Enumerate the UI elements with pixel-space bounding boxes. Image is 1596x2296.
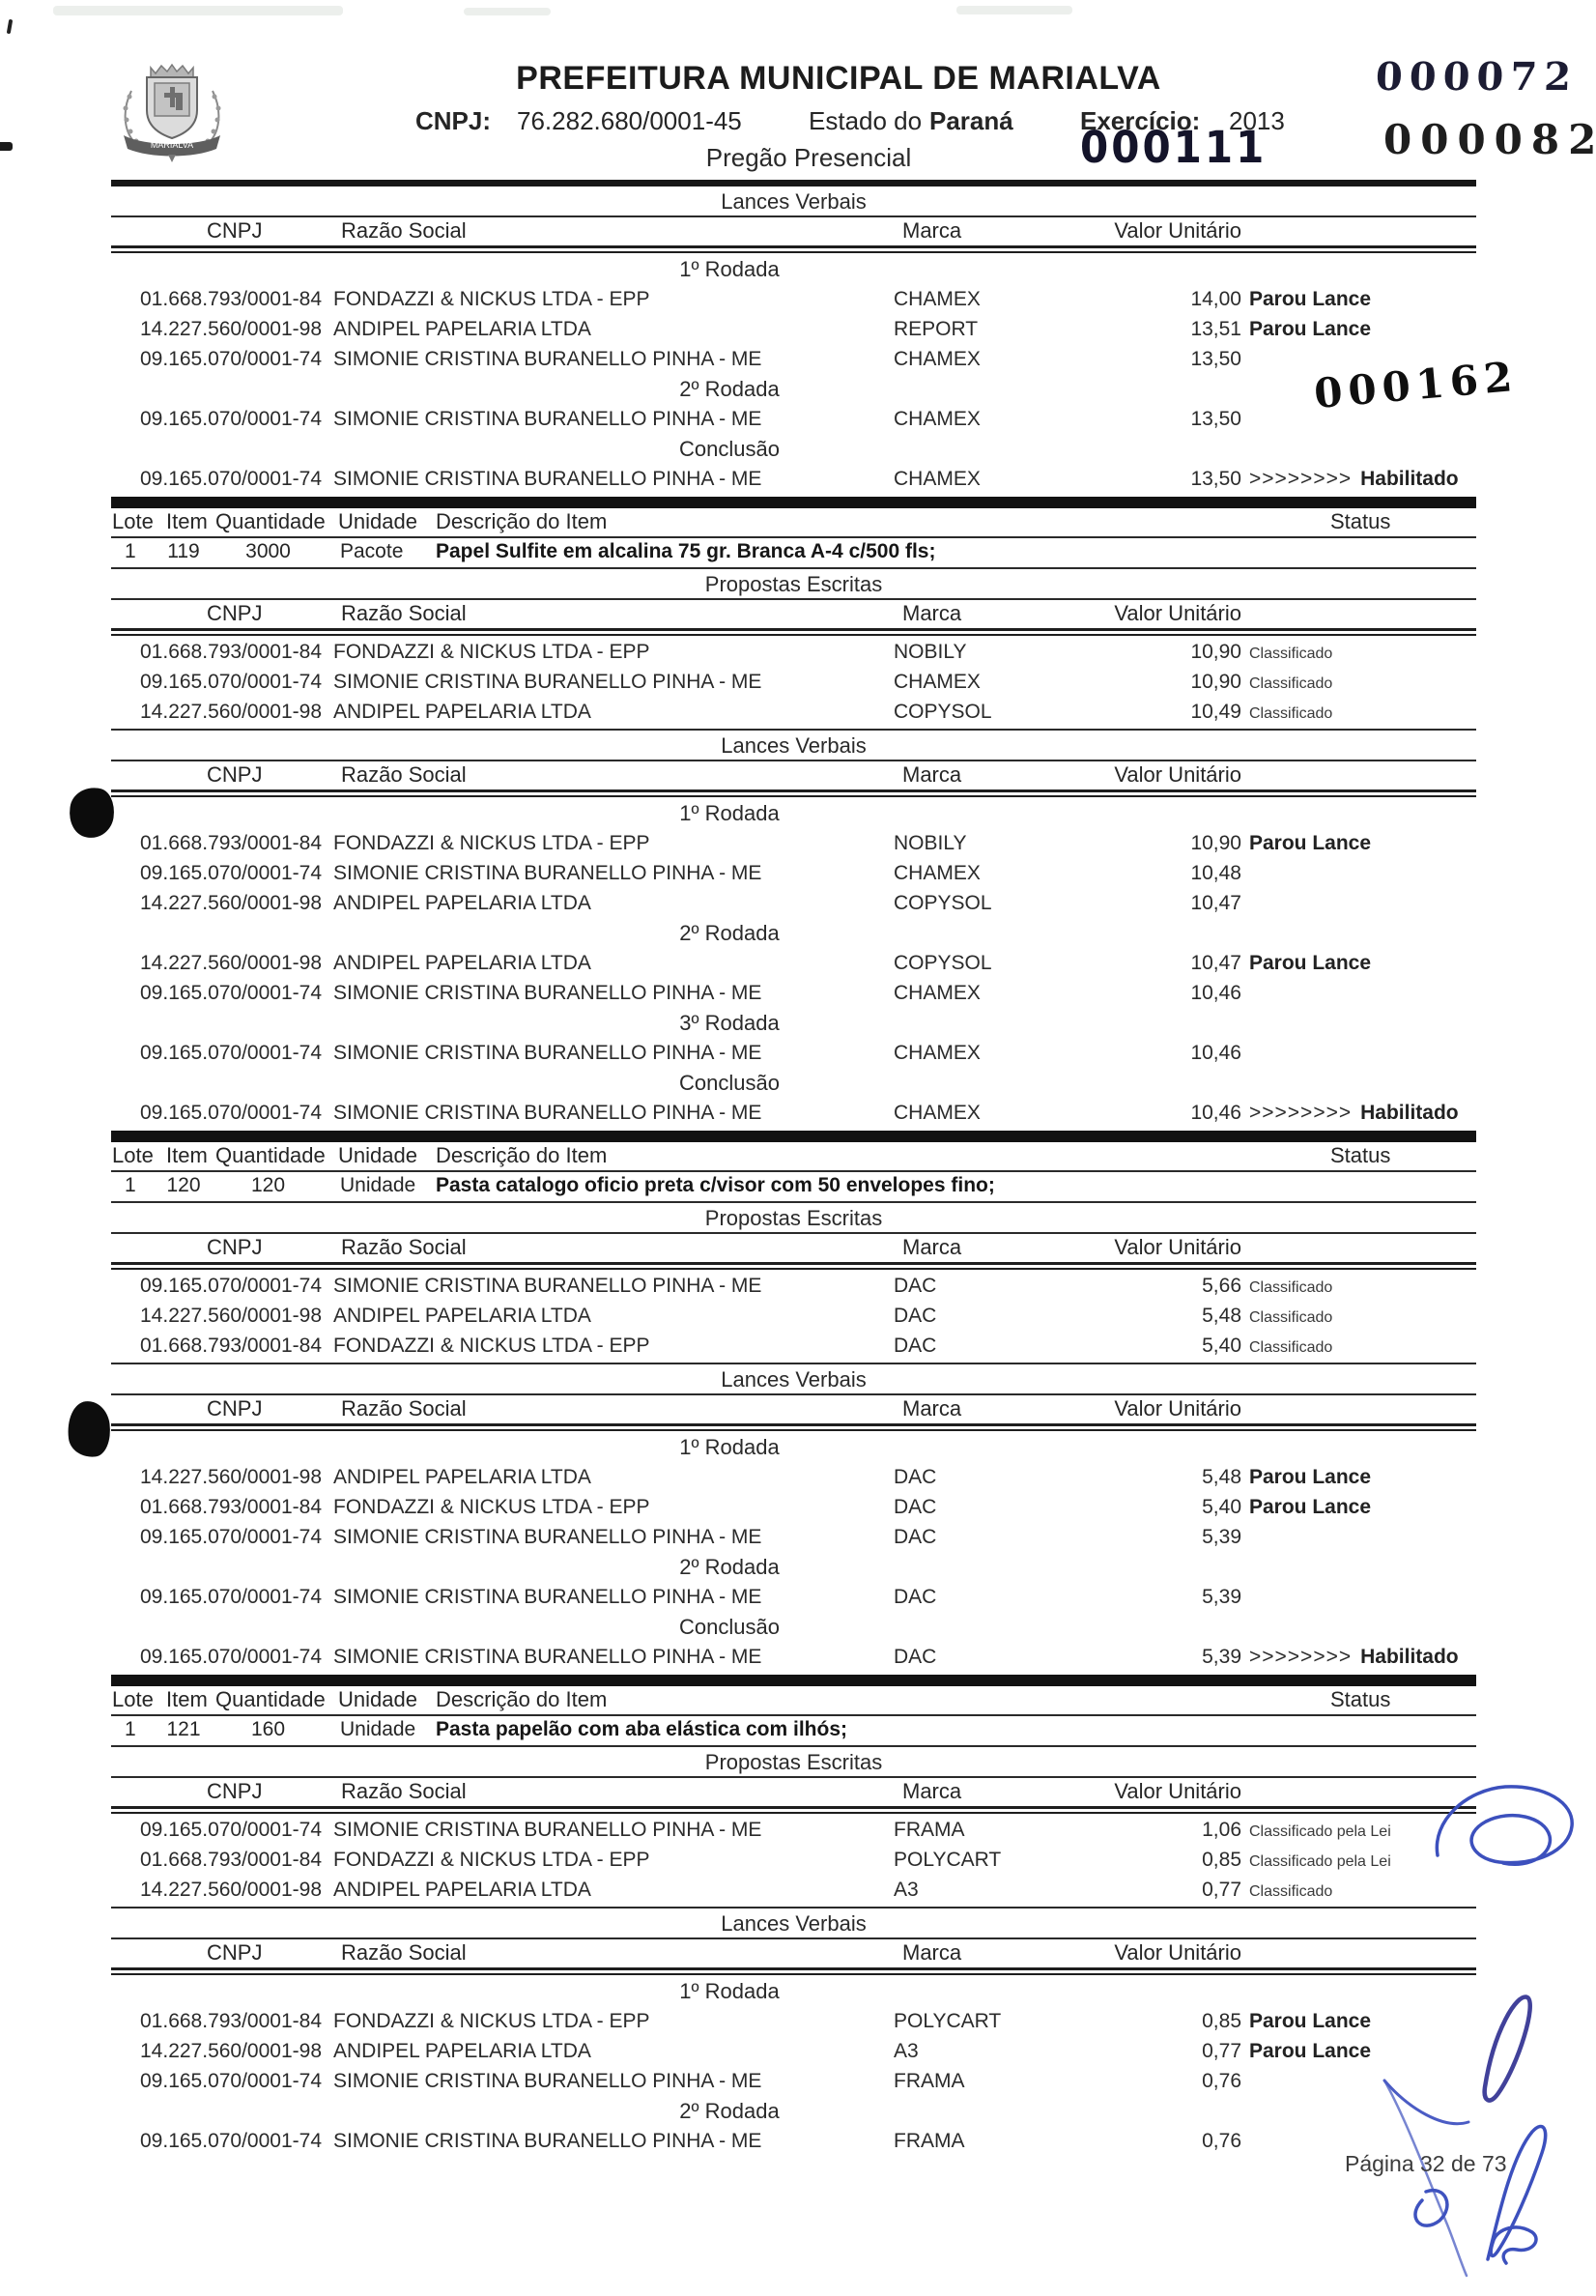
bid-row: 09.165.070/0001-74 SIMONIE CRISTINA BURA… — [111, 1038, 1476, 1068]
item-unit: Unidade — [340, 1174, 415, 1197]
ink-blob — [65, 1399, 114, 1460]
page-subtitle: Pregão Presencial — [706, 143, 911, 173]
bid-cnpj: 09.165.070/0001-74 — [140, 344, 322, 374]
item-quantity: 160 — [208, 1718, 328, 1741]
habilitado-arrows: >>>>>>>> — [1249, 1102, 1352, 1124]
bid-company: SIMONIE CRISTINA BURANELLO PINHA - ME — [333, 1038, 761, 1068]
bid-value: 13,50 — [1190, 344, 1241, 374]
bid-cnpj: 09.165.070/0001-74 — [140, 1522, 322, 1552]
bid-table-section: Propostas Escritas CNPJ Razão Social Mar… — [111, 1747, 1476, 1905]
lote-item-block: Lote Item Quantidade Unidade Descrição d… — [111, 497, 1476, 569]
bid-company: ANDIPEL PAPELARIA LTDA — [333, 1875, 591, 1905]
bid-cnpj: 14.227.560/0001-98 — [140, 2036, 322, 2066]
bid-brand: COPYSOL — [894, 948, 992, 978]
bid-company: SIMONIE CRISTINA BURANELLO PINHA - ME — [333, 464, 761, 494]
item-description: Pasta catalogo oficio preta c/visor com … — [436, 1174, 995, 1197]
bid-table-section: Propostas Escritas CNPJ Razão Social Mar… — [111, 569, 1476, 727]
header-underline — [111, 628, 1476, 636]
round-label: 1º Rodada — [111, 254, 1348, 284]
bid-cnpj: 14.227.560/0001-98 — [140, 697, 322, 727]
bid-status-text: Classificado — [1249, 1883, 1332, 1900]
column-header-marca: Marca — [902, 1235, 961, 1260]
bid-cnpj: 14.227.560/0001-98 — [140, 888, 322, 918]
bid-brand: CHAMEX — [894, 464, 981, 494]
item-description: Pasta papelão com aba elástica com ilhós… — [436, 1718, 847, 1741]
bid-status: Classificado — [1249, 1271, 1332, 1303]
round-label: 3º Rodada — [111, 1008, 1348, 1038]
header-divider — [111, 180, 1476, 187]
bid-cnpj: 01.668.793/0001-84 — [140, 828, 322, 858]
bid-brand: A3 — [894, 2036, 919, 2066]
section-separator — [111, 497, 1476, 508]
bid-company: SIMONIE CRISTINA BURANELLO PINHA - ME — [333, 2066, 761, 2096]
bid-row: 01.668.793/0001-84 FONDAZZI & NICKUS LTD… — [111, 637, 1476, 667]
lote-header-row: Lote Item Quantidade Unidade Descrição d… — [111, 1144, 1476, 1170]
bid-company: FONDAZZI & NICKUS LTDA - EPP — [333, 828, 650, 858]
bid-value: 10,47 — [1190, 948, 1241, 978]
bid-company: FONDAZZI & NICKUS LTDA - EPP — [333, 1492, 650, 1522]
bid-brand: CHAMEX — [894, 284, 981, 314]
bid-row: 14.227.560/0001-98 ANDIPEL PAPELARIA LTD… — [111, 888, 1476, 918]
bid-brand: DAC — [894, 1492, 936, 1522]
bid-status-text: Classificado pela Lei — [1249, 1853, 1391, 1870]
lote-header-row: Lote Item Quantidade Unidade Descrição d… — [111, 1688, 1476, 1714]
bid-table-section: Propostas Escritas CNPJ Razão Social Mar… — [111, 1203, 1476, 1361]
item-quantity: 120 — [208, 1174, 328, 1197]
header-underline — [111, 1423, 1476, 1431]
bid-brand: DAC — [894, 1331, 936, 1361]
column-header-valor-unitario: Valor Unitário — [1114, 1235, 1241, 1260]
cnpj-value: 76.282.680/0001-45 — [517, 106, 742, 136]
page-number: Página 32 de 73 — [1345, 2151, 1507, 2177]
bid-value: 0,85 — [1202, 2006, 1241, 2036]
bid-status-text: Classificado — [1249, 705, 1332, 722]
bid-value: 10,90 — [1190, 828, 1241, 858]
lote-col-unidade: Unidade — [338, 1143, 417, 1168]
bid-row: 09.165.070/0001-74 SIMONIE CRISTINA BURA… — [111, 978, 1476, 1008]
lote-col-descricao: Descrição do Item — [436, 509, 607, 534]
header-underline — [111, 1967, 1476, 1975]
bid-cnpj: 01.668.793/0001-84 — [140, 284, 322, 314]
bid-status: Classificado — [1249, 637, 1332, 669]
bid-brand: POLYCART — [894, 1845, 1001, 1875]
lote-col-unidade: Unidade — [338, 509, 417, 534]
lote-col-lote: Lote — [112, 1687, 154, 1712]
bid-company: ANDIPEL PAPELARIA LTDA — [333, 2036, 591, 2066]
bid-brand: CHAMEX — [894, 404, 981, 434]
bid-row: 09.165.070/0001-74 SIMONIE CRISTINA BURA… — [111, 1815, 1476, 1845]
bid-status: Classificado — [1249, 697, 1332, 729]
lote-col-status: Status — [1330, 509, 1390, 534]
column-header-row: CNPJ Razão Social Marca Valor Unitário — [111, 1778, 1476, 1806]
bid-row: 14.227.560/0001-98 ANDIPEL PAPELARIA LTD… — [111, 948, 1476, 978]
bid-value: 10,46 — [1190, 1038, 1241, 1068]
bid-cnpj: 01.668.793/0001-84 — [140, 1492, 322, 1522]
bid-company: FONDAZZI & NICKUS LTDA - EPP — [333, 637, 650, 667]
bid-company: FONDAZZI & NICKUS LTDA - EPP — [333, 2006, 650, 2036]
column-header-valor-unitario: Valor Unitário — [1114, 1396, 1241, 1421]
bid-brand: NOBILY — [894, 637, 966, 667]
bid-value: 10,49 — [1190, 697, 1241, 727]
section-title: Lances Verbais — [111, 187, 1476, 215]
pen-scribble — [1428, 1776, 1596, 1887]
lote-col-item: Item — [166, 1687, 208, 1712]
section-title: Lances Verbais — [111, 1364, 1476, 1393]
bid-status-text: Classificado — [1249, 1279, 1332, 1296]
header-underline — [111, 1262, 1476, 1270]
bid-value: 5,66 — [1202, 1271, 1241, 1301]
bid-status: >>>>>>>>Habilitado — [1249, 464, 1459, 494]
document-body: Lances Verbais CNPJ Razão Social Marca V… — [111, 180, 1476, 2156]
bid-cnpj: 14.227.560/0001-98 — [140, 1462, 322, 1492]
bid-cnpj: 09.165.070/0001-74 — [140, 1582, 322, 1612]
crest-crown — [151, 65, 193, 77]
bid-status-text: Parou Lance — [1249, 832, 1371, 854]
bid-status: Parou Lance — [1249, 948, 1371, 978]
bid-company: FONDAZZI & NICKUS LTDA - EPP — [333, 284, 650, 314]
bid-row: 09.165.070/0001-74 SIMONIE CRISTINA BURA… — [111, 858, 1476, 888]
scan-speck — [0, 142, 13, 151]
bid-row: 09.165.070/0001-74 SIMONIE CRISTINA BURA… — [111, 2066, 1476, 2096]
bid-row: 09.165.070/0001-74 SIMONIE CRISTINA BURA… — [111, 2126, 1476, 2156]
bid-status: Classificado — [1249, 1301, 1332, 1333]
lote-col-lote: Lote — [112, 509, 154, 534]
lote-value: 1 — [125, 1174, 136, 1197]
lote-value: 1 — [125, 540, 136, 563]
column-header-marca: Marca — [902, 218, 961, 244]
bid-company: SIMONIE CRISTINA BURANELLO PINHA - ME — [333, 2126, 761, 2156]
column-header-razao-social: Razão Social — [341, 1396, 467, 1421]
item-unit: Unidade — [340, 1718, 415, 1741]
bid-cnpj: 09.165.070/0001-74 — [140, 1038, 322, 1068]
item-description: Papel Sulfite em alcalina 75 gr. Branca … — [436, 540, 935, 563]
lote-item-row: 1 121 160 Unidade Pasta papelão com aba … — [111, 1716, 1476, 1745]
bid-row: 01.668.793/0001-84 FONDAZZI & NICKUS LTD… — [111, 828, 1476, 858]
section-body: 1º Rodada 01.668.793/0001-84 FONDAZZI & … — [111, 798, 1476, 1128]
bid-row: 01.668.793/0001-84 FONDAZZI & NICKUS LTD… — [111, 1492, 1476, 1522]
column-header-valor-unitario: Valor Unitário — [1114, 1779, 1241, 1804]
header-underline — [111, 1806, 1476, 1814]
bid-row: 14.227.560/0001-98 ANDIPEL PAPELARIA LTD… — [111, 697, 1476, 727]
pen-signature — [1353, 1971, 1596, 2296]
bid-brand: CHAMEX — [894, 1098, 981, 1128]
bid-cnpj: 09.165.070/0001-74 — [140, 1271, 322, 1301]
lote-col-item: Item — [166, 509, 208, 534]
bid-status-text: Classificado pela Lei — [1249, 1823, 1391, 1840]
section-title: Propostas Escritas — [111, 1203, 1476, 1232]
bid-row: 09.165.070/0001-74 SIMONIE CRISTINA BURA… — [111, 667, 1476, 697]
bid-status: Classificado — [1249, 1875, 1332, 1907]
section-body: 01.668.793/0001-84 FONDAZZI & NICKUS LTD… — [111, 637, 1476, 727]
bid-brand: NOBILY — [894, 828, 966, 858]
bid-company: SIMONIE CRISTINA BURANELLO PINHA - ME — [333, 858, 761, 888]
bid-cnpj: 09.165.070/0001-74 — [140, 464, 322, 494]
bid-cnpj: 01.668.793/0001-84 — [140, 1331, 322, 1361]
bid-brand: DAC — [894, 1582, 936, 1612]
bid-company: ANDIPEL PAPELARIA LTDA — [333, 948, 591, 978]
lote-header-row: Lote Item Quantidade Unidade Descrição d… — [111, 510, 1476, 536]
habilitado-arrows: >>>>>>>> — [1249, 468, 1352, 490]
bid-status-text: Classificado — [1249, 1339, 1332, 1356]
bid-cnpj: 01.668.793/0001-84 — [140, 637, 322, 667]
bid-company: SIMONIE CRISTINA BURANELLO PINHA - ME — [333, 404, 761, 434]
lote-col-quantidade: Quantidade — [215, 1143, 326, 1168]
bid-status-text: Parou Lance — [1249, 318, 1371, 340]
round-label: Conclusão — [111, 434, 1348, 464]
lote-col-status: Status — [1330, 1143, 1390, 1168]
header-underline — [111, 789, 1476, 797]
bid-brand: CHAMEX — [894, 978, 981, 1008]
habilitado-arrows: >>>>>>>> — [1249, 1646, 1352, 1668]
round-label: Conclusão — [111, 1612, 1348, 1642]
bid-company: FONDAZZI & NICKUS LTDA - EPP — [333, 1331, 650, 1361]
bid-status-text: Parou Lance — [1249, 1466, 1371, 1488]
bid-brand: CHAMEX — [894, 344, 981, 374]
column-header-cnpj: CNPJ — [207, 1396, 262, 1421]
column-header-valor-unitario: Valor Unitário — [1114, 762, 1241, 788]
column-header-razao-social: Razão Social — [341, 218, 467, 244]
bid-cnpj: 14.227.560/0001-98 — [140, 1875, 322, 1905]
bid-value: 0,76 — [1202, 2126, 1241, 2156]
column-header-razao-social: Razão Social — [341, 1779, 467, 1804]
bid-brand: REPORT — [894, 314, 978, 344]
lote-col-quantidade: Quantidade — [215, 1687, 326, 1712]
bid-status-text: Parou Lance — [1249, 952, 1371, 974]
bid-company: ANDIPEL PAPELARIA LTDA — [333, 314, 591, 344]
bid-row: 09.165.070/0001-74 SIMONIE CRISTINA BURA… — [111, 1098, 1476, 1128]
header-underline — [111, 245, 1476, 253]
bid-row: 09.165.070/0001-74 SIMONIE CRISTINA BURA… — [111, 404, 1476, 434]
lote-col-unidade: Unidade — [338, 1687, 417, 1712]
bid-value: 0,85 — [1202, 1845, 1241, 1875]
section-title: Propostas Escritas — [111, 569, 1476, 598]
bid-row: 14.227.560/0001-98 ANDIPEL PAPELARIA LTD… — [111, 2036, 1476, 2066]
bid-status-text: Parou Lance — [1249, 1496, 1371, 1518]
section-title: Lances Verbais — [111, 1909, 1476, 1937]
scanned-document-page: MARIALVA PREFEITURA MUNICIPAL DE MARIALV… — [0, 0, 1596, 2296]
page-title: PREFEITURA MUNICIPAL DE MARIALVA — [516, 60, 1161, 98]
column-header-marca: Marca — [902, 762, 961, 788]
bid-brand: POLYCART — [894, 2006, 1001, 2036]
bid-status-text: Habilitado — [1360, 468, 1459, 490]
bid-row: 14.227.560/0001-98 ANDIPEL PAPELARIA LTD… — [111, 314, 1476, 344]
bid-cnpj: 14.227.560/0001-98 — [140, 1301, 322, 1331]
column-header-cnpj: CNPJ — [207, 601, 262, 626]
bid-brand: FRAMA — [894, 1815, 965, 1845]
bid-table-section: Lances Verbais CNPJ Razão Social Marca V… — [111, 187, 1476, 494]
round-label: 1º Rodada — [111, 1432, 1348, 1462]
bid-company: FONDAZZI & NICKUS LTDA - EPP — [333, 1845, 650, 1875]
bid-value: 5,40 — [1202, 1492, 1241, 1522]
round-label: 2º Rodada — [111, 2096, 1348, 2126]
column-header-marca: Marca — [902, 1396, 961, 1421]
bid-cnpj: 09.165.070/0001-74 — [140, 2066, 322, 2096]
bid-row: 09.165.070/0001-74 SIMONIE CRISTINA BURA… — [111, 1522, 1476, 1552]
bid-value: 5,39 — [1202, 1522, 1241, 1552]
round-label: 2º Rodada — [111, 374, 1348, 404]
column-header-row: CNPJ Razão Social Marca Valor Unitário — [111, 1234, 1476, 1262]
bid-company: ANDIPEL PAPELARIA LTDA — [333, 1301, 591, 1331]
item-unit: Pacote — [340, 540, 403, 563]
bid-value: 5,39 — [1202, 1642, 1241, 1672]
section-body: 09.165.070/0001-74 SIMONIE CRISTINA BURA… — [111, 1815, 1476, 1905]
bid-cnpj: 09.165.070/0001-74 — [140, 1098, 322, 1128]
numbering-stamp-1: 000072 — [1375, 54, 1579, 100]
bid-value: 10,46 — [1190, 1098, 1241, 1128]
column-header-cnpj: CNPJ — [207, 1779, 262, 1804]
bid-value: 10,90 — [1190, 637, 1241, 667]
bid-value: 0,76 — [1202, 2066, 1241, 2096]
lote-col-item: Item — [166, 1143, 208, 1168]
bid-brand: COPYSOL — [894, 697, 992, 727]
lote-item-block: Lote Item Quantidade Unidade Descrição d… — [111, 1675, 1476, 1747]
column-header-razao-social: Razão Social — [341, 762, 467, 788]
bid-status: >>>>>>>>Habilitado — [1249, 1098, 1459, 1128]
bid-value: 10,48 — [1190, 858, 1241, 888]
section-title: Lances Verbais — [111, 731, 1476, 760]
bid-row: 09.165.070/0001-74 SIMONIE CRISTINA BURA… — [111, 344, 1476, 374]
bid-cnpj: 09.165.070/0001-74 — [140, 667, 322, 697]
bid-cnpj: 01.668.793/0001-84 — [140, 2006, 322, 2036]
bid-table-section: Lances Verbais CNPJ Razão Social Marca V… — [111, 1363, 1476, 1672]
column-header-razao-social: Razão Social — [341, 1940, 467, 1966]
column-header-cnpj: CNPJ — [207, 1235, 262, 1260]
bid-status: Classificado pela Lei — [1249, 1845, 1391, 1877]
bid-brand: DAC — [894, 1271, 936, 1301]
bid-company: SIMONIE CRISTINA BURANELLO PINHA - ME — [333, 1815, 761, 1845]
bid-cnpj: 09.165.070/0001-74 — [140, 1815, 322, 1845]
bid-status: Parou Lance — [1249, 284, 1371, 314]
bid-brand: A3 — [894, 1875, 919, 1905]
bid-row: 09.165.070/0001-74 SIMONIE CRISTINA BURA… — [111, 1271, 1476, 1301]
bid-brand: DAC — [894, 1642, 936, 1672]
bid-row: 01.668.793/0001-84 FONDAZZI & NICKUS LTD… — [111, 1331, 1476, 1361]
bid-cnpj: 09.165.070/0001-74 — [140, 2126, 322, 2156]
lote-col-quantidade: Quantidade — [215, 509, 326, 534]
section-body: 1º Rodada 01.668.793/0001-84 FONDAZZI & … — [111, 254, 1476, 494]
bid-value: 0,77 — [1202, 1875, 1241, 1905]
round-label: 1º Rodada — [111, 1976, 1348, 2006]
bid-value: 0,77 — [1202, 2036, 1241, 2066]
column-header-marca: Marca — [902, 1940, 961, 1966]
bid-company: SIMONIE CRISTINA BURANELLO PINHA - ME — [333, 1522, 761, 1552]
bid-status-text: Parou Lance — [1249, 288, 1371, 310]
bid-company: SIMONIE CRISTINA BURANELLO PINHA - ME — [333, 344, 761, 374]
column-header-cnpj: CNPJ — [207, 762, 262, 788]
bid-company: SIMONIE CRISTINA BURANELLO PINHA - ME — [333, 1271, 761, 1301]
bid-cnpj: 09.165.070/0001-74 — [140, 1642, 322, 1672]
round-label: 2º Rodada — [111, 918, 1348, 948]
bid-cnpj: 01.668.793/0001-84 — [140, 1845, 322, 1875]
bid-status: >>>>>>>>Habilitado — [1249, 1642, 1459, 1672]
bid-value: 10,46 — [1190, 978, 1241, 1008]
bid-brand: CHAMEX — [894, 858, 981, 888]
round-label: 1º Rodada — [111, 798, 1348, 828]
numbering-stamp-3: 000111 — [1080, 122, 1267, 173]
section-body: 09.165.070/0001-74 SIMONIE CRISTINA BURA… — [111, 1271, 1476, 1361]
bid-table-section: Lances Verbais CNPJ Razão Social Marca V… — [111, 1907, 1476, 2156]
bid-company: SIMONIE CRISTINA BURANELLO PINHA - ME — [333, 1582, 761, 1612]
column-header-marca: Marca — [902, 601, 961, 626]
bid-brand: CHAMEX — [894, 1038, 981, 1068]
bid-status-text: Habilitado — [1360, 1102, 1459, 1124]
bid-row: 01.668.793/0001-84 FONDAZZI & NICKUS LTD… — [111, 284, 1476, 314]
bid-row: 09.165.070/0001-74 SIMONIE CRISTINA BURA… — [111, 1582, 1476, 1612]
column-header-razao-social: Razão Social — [341, 601, 467, 626]
column-header-cnpj: CNPJ — [207, 1940, 262, 1966]
column-header-row: CNPJ Razão Social Marca Valor Unitário — [111, 600, 1476, 628]
column-header-valor-unitario: Valor Unitário — [1114, 601, 1241, 626]
column-header-row: CNPJ Razão Social Marca Valor Unitário — [111, 1395, 1476, 1423]
lote-col-lote: Lote — [112, 1143, 154, 1168]
bid-brand: CHAMEX — [894, 667, 981, 697]
bid-cnpj: 09.165.070/0001-74 — [140, 404, 322, 434]
round-label: Conclusão — [111, 1068, 1348, 1098]
section-separator — [111, 1675, 1476, 1686]
bid-row: 01.668.793/0001-84 FONDAZZI & NICKUS LTD… — [111, 1845, 1476, 1875]
bid-brand: DAC — [894, 1522, 936, 1552]
bid-row: 09.165.070/0001-74 SIMONIE CRISTINA BURA… — [111, 1642, 1476, 1672]
bid-row: 01.668.793/0001-84 FONDAZZI & NICKUS LTD… — [111, 2006, 1476, 2036]
bid-status-text: Classificado — [1249, 1309, 1332, 1326]
cnpj-label: CNPJ: — [415, 106, 491, 136]
bid-value: 5,39 — [1202, 1582, 1241, 1612]
column-header-valor-unitario: Valor Unitário — [1114, 218, 1241, 244]
bid-brand: DAC — [894, 1462, 936, 1492]
bid-company: SIMONIE CRISTINA BURANELLO PINHA - ME — [333, 1098, 761, 1128]
bid-status-text: Classificado — [1249, 675, 1332, 692]
scan-speck — [7, 19, 14, 34]
lote-col-descricao: Descrição do Item — [436, 1143, 607, 1168]
bid-row: 14.227.560/0001-98 ANDIPEL PAPELARIA LTD… — [111, 1462, 1476, 1492]
column-header-razao-social: Razão Social — [341, 1235, 467, 1260]
bid-value: 5,48 — [1202, 1301, 1241, 1331]
ink-blob — [67, 785, 118, 841]
bid-status: Classificado — [1249, 1331, 1332, 1363]
bid-status: Parou Lance — [1249, 828, 1371, 858]
lote-item-block: Lote Item Quantidade Unidade Descrição d… — [111, 1131, 1476, 1203]
bid-value: 13,51 — [1190, 314, 1241, 344]
bid-brand: COPYSOL — [894, 888, 992, 918]
item-quantity: 3000 — [208, 540, 328, 563]
column-header-row: CNPJ Razão Social Marca Valor Unitário — [111, 1939, 1476, 1967]
bid-value: 5,40 — [1202, 1331, 1241, 1361]
bid-status: Parou Lance — [1249, 314, 1371, 344]
bid-company: ANDIPEL PAPELARIA LTDA — [333, 1462, 591, 1492]
estado-name: Paraná — [929, 106, 1013, 136]
numbering-stamp-2: 000082 — [1383, 116, 1596, 163]
bid-value: 13,50 — [1190, 404, 1241, 434]
column-header-row: CNPJ Razão Social Marca Valor Unitário — [111, 761, 1476, 789]
bid-cnpj: 14.227.560/0001-98 — [140, 314, 322, 344]
estado-prefix: Estado do — [809, 106, 922, 136]
bid-value: 10,47 — [1190, 888, 1241, 918]
bid-row: 14.227.560/0001-98 ANDIPEL PAPELARIA LTD… — [111, 1301, 1476, 1331]
bid-company: ANDIPEL PAPELARIA LTDA — [333, 697, 591, 727]
bid-value: 5,48 — [1202, 1462, 1241, 1492]
column-header-cnpj: CNPJ — [207, 218, 262, 244]
bid-value: 14,00 — [1190, 284, 1241, 314]
bid-cnpj: 14.227.560/0001-98 — [140, 948, 322, 978]
scan-smudge — [53, 6, 343, 15]
section-body: 1º Rodada 14.227.560/0001-98 ANDIPEL PAP… — [111, 1432, 1476, 1672]
bid-company: SIMONIE CRISTINA BURANELLO PINHA - ME — [333, 667, 761, 697]
bid-value: 10,90 — [1190, 667, 1241, 697]
lote-value: 1 — [125, 1718, 136, 1741]
bid-cnpj: 09.165.070/0001-74 — [140, 978, 322, 1008]
bid-company: ANDIPEL PAPELARIA LTDA — [333, 888, 591, 918]
lote-col-descricao: Descrição do Item — [436, 1687, 607, 1712]
